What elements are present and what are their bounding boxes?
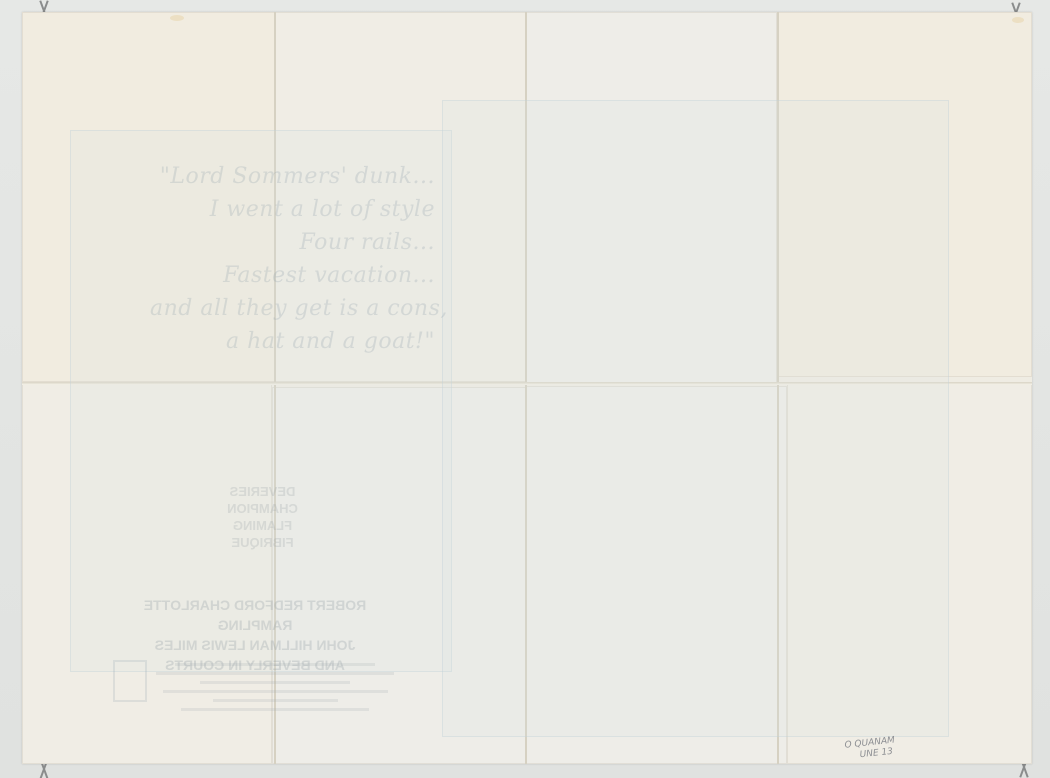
cast-line: JOHN HILLMAN LEWIS MILES	[105, 635, 405, 655]
showthrough-rating-box	[113, 660, 147, 702]
showthrough-credit-lines	[150, 657, 400, 717]
credit-line	[213, 699, 338, 702]
credit-line	[156, 672, 394, 675]
credit-line	[175, 663, 375, 666]
names-line: DEVERIES	[200, 483, 325, 500]
showthrough-tagline: "Lord Sommers' dunk... I went a lot of s…	[150, 160, 435, 358]
stain-mark	[170, 15, 184, 21]
tagline-line: Four rails...	[150, 226, 435, 259]
tagline-line: and all they get is a cons,	[150, 292, 435, 325]
showthrough-names-block: DEVERIES CHAMPION FLAMING FIBRIQUE	[200, 483, 325, 551]
stain-mark	[1012, 17, 1024, 23]
credit-line	[163, 690, 388, 693]
tagline-line: a hat and a goat!"	[150, 325, 435, 358]
cast-line: ROBERT REDFORD CHARLOTTE RAMPLING	[105, 595, 405, 635]
tagline-line: I went a lot of style	[150, 193, 435, 226]
tagline-line: Fastest vacation...	[150, 259, 435, 292]
names-line: CHAMPION	[200, 500, 325, 517]
credit-line	[200, 681, 350, 684]
names-line: FLAMING	[200, 517, 325, 534]
showthrough-frame-image	[442, 100, 949, 737]
tagline-line: "Lord Sommers' dunk...	[150, 160, 435, 193]
names-line: FIBRIQUE	[200, 534, 325, 551]
credit-line	[181, 708, 369, 711]
